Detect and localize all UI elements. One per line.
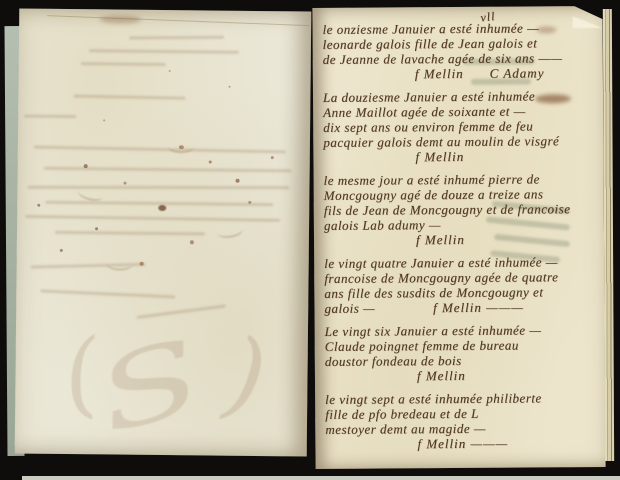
- bleedthrough-line: [129, 36, 224, 40]
- scanner-bed-strip: [22, 476, 620, 480]
- ink-smudge: [99, 15, 141, 23]
- burial-entry: Le vingt six Januier a esté inhumée —Cla…: [325, 322, 593, 384]
- cosigner-signature: C Adamy: [490, 65, 545, 80]
- fox-spot: [37, 204, 40, 207]
- fox-spot: [103, 119, 105, 121]
- bleedthrough-line: [24, 115, 76, 119]
- bleedthrough-line: [73, 95, 185, 100]
- fox-spot: [123, 182, 126, 185]
- fox-spot: [190, 240, 194, 244]
- manuscript-line: francoise de Moncgougny agée de quatre: [324, 269, 592, 286]
- fox-spot: [209, 160, 212, 163]
- fox-spot: [236, 179, 240, 183]
- fox-spot: [179, 145, 184, 149]
- bleedthrough-line: [40, 289, 175, 298]
- fox-spot: [229, 86, 231, 88]
- priest-signature: f Mellin: [415, 148, 591, 164]
- flourish-arc-right: ): [219, 317, 273, 433]
- bleedthrough-curve: [107, 257, 133, 270]
- priest-signature: f Mellin: [417, 367, 593, 383]
- fox-spot: [84, 164, 88, 168]
- priest-signature: f Mellin ———: [433, 300, 524, 316]
- fox-spot: [60, 249, 63, 252]
- burial-entry: La douziesme Januier a esté inhuméeAnne …: [323, 88, 592, 165]
- priest-signature: f Mellin ———: [417, 435, 593, 451]
- burial-entries: le onziesme Januier a esté inhumée —leon…: [322, 20, 593, 452]
- flourish-s: S: [85, 316, 215, 456]
- fox-spot: [140, 262, 144, 266]
- bleedthrough-line: [55, 231, 205, 236]
- bleedthrough-line: [44, 167, 292, 173]
- bleedthrough-line: [27, 186, 289, 189]
- manuscript-line: pacquier galois demt au moulin de visgré: [323, 133, 591, 150]
- burial-entry: le onziesme Januier a esté inhumée —leon…: [322, 20, 590, 82]
- bleedthrough-curve: [216, 223, 244, 240]
- burial-entry: le mesme jour a esté inhumé pierre deMon…: [324, 171, 593, 248]
- scanned-manuscript: ( S ) vll le onziesme Januier a esté inh…: [0, 0, 620, 480]
- burial-entry: le vingt sept a esté inhumée philibertef…: [325, 390, 593, 452]
- priest-signature: f MellinC Adamy: [415, 65, 591, 81]
- burial-entry: le vingt quatre Januier a esté inhumée —…: [324, 254, 592, 316]
- fox-spot: [271, 156, 274, 159]
- bleedthrough-line: [34, 146, 286, 154]
- under-sheet-edge: [47, 15, 309, 26]
- priest-signature: f Mellin: [416, 231, 592, 247]
- bleedthrough-line: [25, 215, 280, 222]
- manuscript-line: galois —f Mellin ———: [324, 299, 592, 316]
- manuscript-line: fils de Jean de Moncgougny et de francoi…: [324, 201, 592, 218]
- fox-spot: [158, 205, 166, 211]
- fox-spot: [95, 227, 98, 230]
- fox-spot: [248, 201, 251, 204]
- bleedthrough-line: [81, 62, 166, 66]
- bleedthrough-line: [89, 49, 239, 54]
- page-stack-edge: [603, 9, 614, 461]
- fox-spot: [169, 70, 171, 72]
- dogear-corner: [570, 4, 604, 20]
- left-page: ( S ): [15, 8, 312, 456]
- manuscript-line: de Jeanne de lavache agée de six ans ——: [323, 50, 591, 67]
- right-page: vll le onziesme Januier a esté inhumée —…: [312, 6, 605, 469]
